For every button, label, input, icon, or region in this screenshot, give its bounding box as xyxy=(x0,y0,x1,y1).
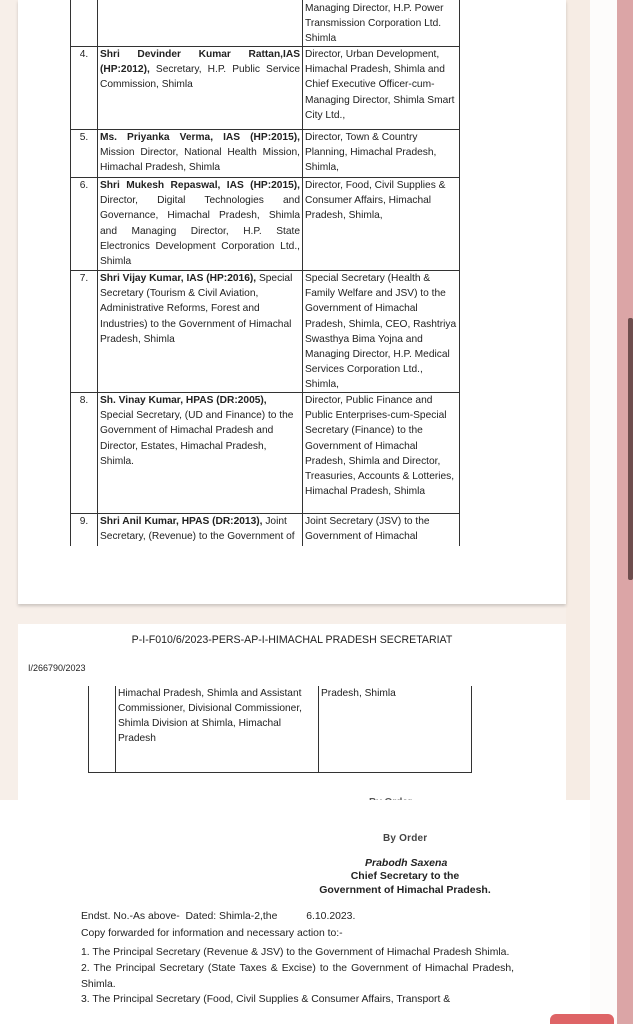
table-row: 6. Shri Mukesh Repaswal, IAS (HP:2015), … xyxy=(71,178,460,271)
copy-forwarded-text: Copy forwarded for information and neces… xyxy=(81,928,343,939)
table-row: 9. Shri Anil Kumar, HPAS (DR:2013), Join… xyxy=(71,514,460,546)
present-posting-cell: Himachal Pradesh, Shimla and Assistant C… xyxy=(116,686,319,772)
new-posting-cell: Director, Urban Development, Himachal Pr… xyxy=(303,47,460,130)
document-reference-number: I/266790/2023 xyxy=(28,663,86,673)
copy-recipient-list: 1. The Principal Secretary (Revenue & JS… xyxy=(81,945,514,1008)
new-posting-cell: Special Secretary (Health & Family Welfa… xyxy=(303,271,460,393)
list-item: 2. The Principal Secretary (State Taxes … xyxy=(81,961,514,993)
by-order-text: By Order xyxy=(383,833,427,844)
new-posting-cell: Director, Town & Country Planning, Himac… xyxy=(303,130,460,178)
table-row: Managing Director, H.P. Power Transmissi… xyxy=(71,0,460,47)
transfer-table: Managing Director, H.P. Power Transmissi… xyxy=(70,0,460,546)
table-row: 7. Shri Vijay Kumar, IAS (HP:2016), Spec… xyxy=(71,271,460,393)
scrollbar-thumb[interactable] xyxy=(628,318,633,580)
officer-name: Shri Anil Kumar, HPAS (DR:2013), xyxy=(100,516,262,527)
present-posting-cell: Shri Devinder Kumar Rattan,IAS (HP:2012)… xyxy=(98,47,303,130)
present-posting-cell: Sh. Vinay Kumar, HPAS (DR:2005), Special… xyxy=(98,393,303,514)
transfer-table-continued: Himachal Pradesh, Shimla and Assistant C… xyxy=(88,686,472,773)
present-posting-cell: Ms. Priyanka Verma, IAS (HP:2015), Missi… xyxy=(98,130,303,178)
endorsement-line: Endst. No.-As above- Dated: Shimla-2,the… xyxy=(81,911,355,922)
officer-name: Shri Mukesh Repaswal, IAS (HP:2015), xyxy=(100,180,300,191)
serial-number: 8. xyxy=(71,393,98,514)
new-posting-cell: Pradesh, Shimla xyxy=(319,686,472,772)
present-posting-cell: Shri Mukesh Repaswal, IAS (HP:2015), Dir… xyxy=(98,178,303,271)
new-posting-cell: Joint Secretary (JSV) to the Government … xyxy=(303,514,460,546)
new-posting-cell: Director, Food, Civil Supplies & Consume… xyxy=(303,178,460,271)
table-row: 8. Sh. Vinay Kumar, HPAS (DR:2005), Spec… xyxy=(71,393,460,514)
viewer-gutter xyxy=(566,0,590,800)
serial-number: 4. xyxy=(71,47,98,130)
floating-action-button[interactable] xyxy=(550,1014,614,1024)
serial-number: 7. xyxy=(71,271,98,393)
signatory-name: Prabodh Saxena xyxy=(365,857,447,869)
present-posting-cell: Shri Anil Kumar, HPAS (DR:2013), Joint S… xyxy=(98,514,303,546)
new-posting-cell: Managing Director, H.P. Power Transmissi… xyxy=(303,0,460,47)
file-header: P-I-F010/6/2023-PERS-AP-I-HIMACHAL PRADE… xyxy=(18,634,566,646)
new-posting-cell: Director, Public Finance and Public Ente… xyxy=(303,393,460,514)
list-item: 3. The Principal Secretary (Food, Civil … xyxy=(81,992,514,1008)
signatory-title: Chief Secretary to the Government of Him… xyxy=(300,870,510,897)
present-posting-cell: Shri Vijay Kumar, IAS (HP:2016), Special… xyxy=(98,271,303,393)
table-row: 4. Shri Devinder Kumar Rattan,IAS (HP:20… xyxy=(71,47,460,130)
table-row: 5. Ms. Priyanka Verma, IAS (HP:2015), Mi… xyxy=(71,130,460,178)
officer-name: Shri Vijay Kumar, IAS (HP:2016), xyxy=(100,273,256,284)
list-item: 1. The Principal Secretary (Revenue & JS… xyxy=(81,945,514,961)
table-row: Himachal Pradesh, Shimla and Assistant C… xyxy=(89,686,472,772)
serial-number: 9. xyxy=(71,514,98,546)
side-gap xyxy=(590,0,617,1024)
serial-number: 5. xyxy=(71,130,98,178)
officer-name: Ms. Priyanka Verma, IAS (HP:2015), xyxy=(100,132,300,143)
serial-number: 6. xyxy=(71,178,98,271)
officer-name: Sh. Vinay Kumar, HPAS (DR:2005), xyxy=(100,395,267,406)
